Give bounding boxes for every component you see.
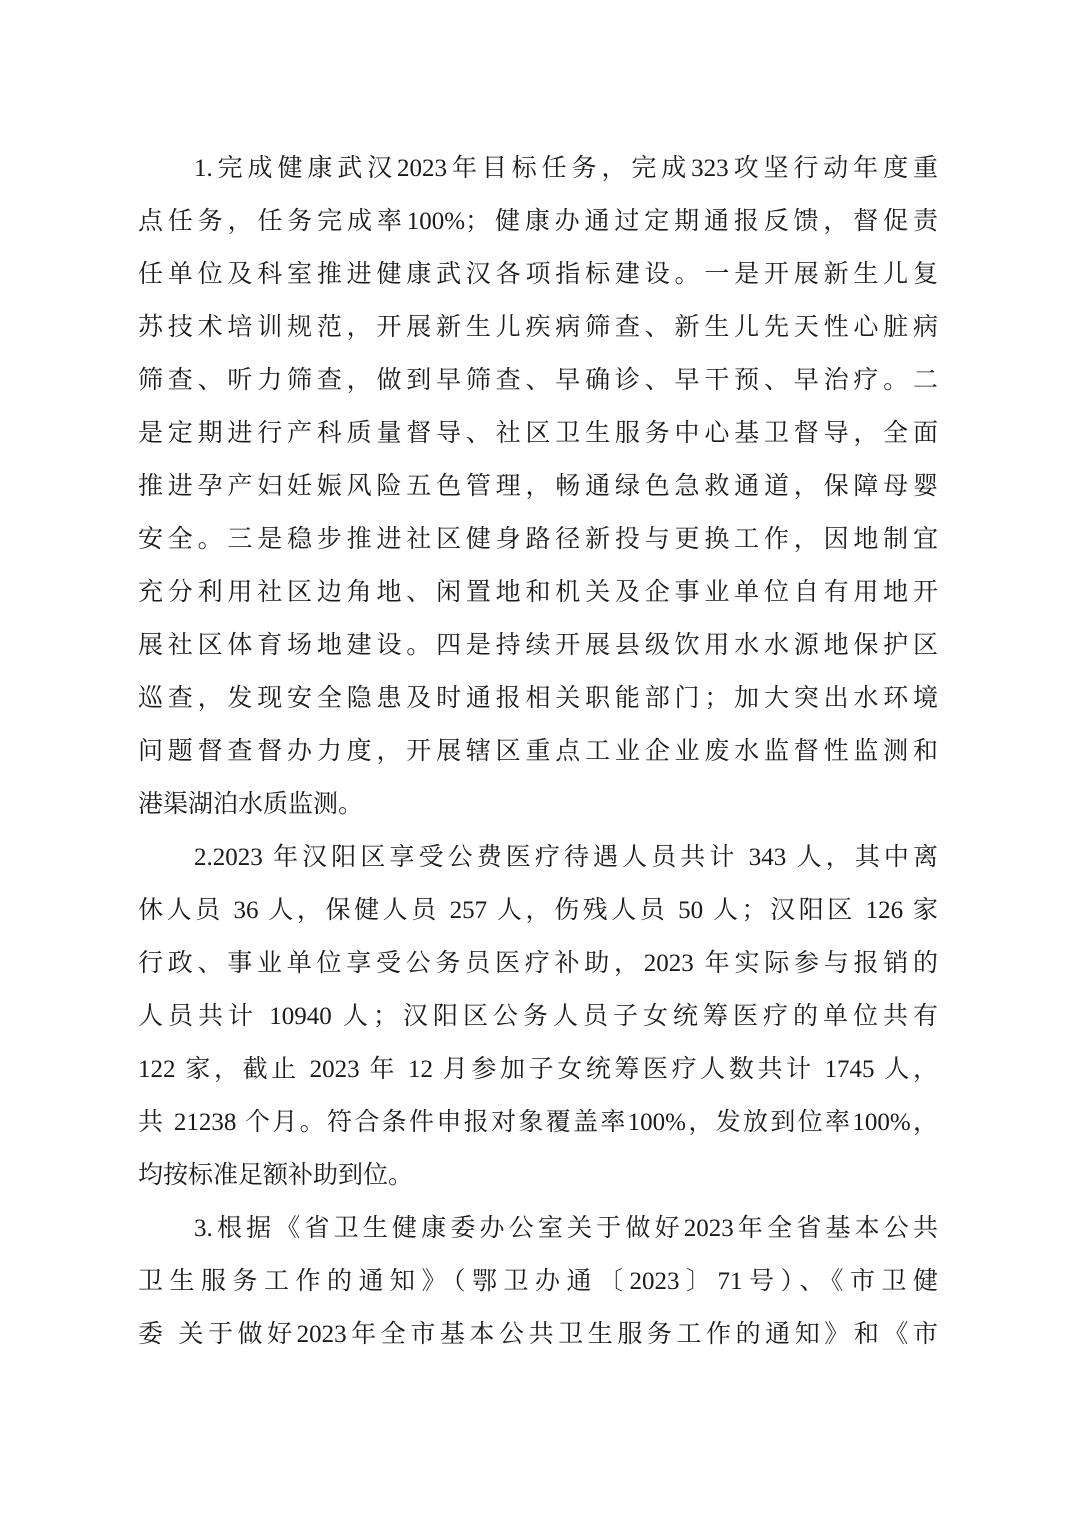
paragraph-1: 1.完成健康武汉2023年目标任务，完成323攻坚行动年度重点任务，任务完成率1…	[138, 142, 938, 831]
text-line: 展社区体育场地建设。四是持续开展县级饮用水水源地保护区	[138, 619, 938, 672]
text-line: 任单位及科室推进健康武汉各项指标建设。一是开展新生儿复	[138, 248, 938, 301]
text-line: 卫生服务工作的通知》（鄂卫办通〔2023〕71号）、《市卫健	[138, 1255, 938, 1308]
text-line: 1.完成健康武汉2023年目标任务，完成323攻坚行动年度重	[138, 142, 938, 195]
text-line: 委 关于做好2023年全市基本公共卫生服务工作的通知》和《市	[138, 1308, 938, 1361]
document-page: 1.完成健康武汉2023年目标任务，完成323攻坚行动年度重点任务，任务完成率1…	[0, 0, 1074, 1520]
paragraph-3: 3.根据《省卫生健康委办公室关于做好2023年全省基本公共卫生服务工作的通知》（…	[138, 1202, 938, 1361]
text-line: 3.根据《省卫生健康委办公室关于做好2023年全省基本公共	[138, 1202, 938, 1255]
text-line: 港渠湖泊水质监测。	[138, 778, 938, 831]
text-line: 均按标准足额补助到位。	[138, 1149, 938, 1202]
text-line: 122 家，截止 2023 年 12 月参加子女统筹医疗人数共计 1745 人，	[138, 1043, 938, 1096]
document-body: 1.完成健康武汉2023年目标任务，完成323攻坚行动年度重点任务，任务完成率1…	[138, 142, 938, 1361]
text-line: 苏技术培训规范，开展新生儿疾病筛查、新生儿先天性心脏病	[138, 301, 938, 354]
text-line: 充分利用社区边角地、闲置地和机关及企事业单位自有用地开	[138, 566, 938, 619]
text-line: 休人员 36 人，保健人员 257 人，伤残人员 50 人；汉阳区 126 家	[138, 884, 938, 937]
text-line: 安全。三是稳步推进社区健身路径新投与更换工作，因地制宜	[138, 513, 938, 566]
text-line: 2.2023 年汉阳区享受公费医疗待遇人员共计 343 人，其中离	[138, 831, 938, 884]
text-line: 行政、事业单位享受公务员医疗补助，2023 年实际参与报销的	[138, 937, 938, 990]
text-line: 是定期进行产科质量督导、社区卫生服务中心基卫督导，全面	[138, 407, 938, 460]
text-line: 人员共计 10940 人；汉阳区公务人员子女统筹医疗的单位共有	[138, 990, 938, 1043]
text-line: 巡查，发现安全隐患及时通报相关职能部门；加大突出水环境	[138, 672, 938, 725]
text-line: 点任务，任务完成率100%；健康办通过定期通报反馈，督促责	[138, 195, 938, 248]
text-line: 推进孕产妇妊娠风险五色管理，畅通绿色急救通道，保障母婴	[138, 460, 938, 513]
text-line: 共 21238 个月。符合条件申报对象覆盖率100%，发放到位率100%，	[138, 1096, 938, 1149]
text-line: 问题督查督办力度，开展辖区重点工业企业废水监督性监测和	[138, 725, 938, 778]
paragraph-2: 2.2023 年汉阳区享受公费医疗待遇人员共计 343 人，其中离休人员 36 …	[138, 831, 938, 1202]
text-line: 筛查、听力筛查，做到早筛查、早确诊、早干预、早治疗。二	[138, 354, 938, 407]
